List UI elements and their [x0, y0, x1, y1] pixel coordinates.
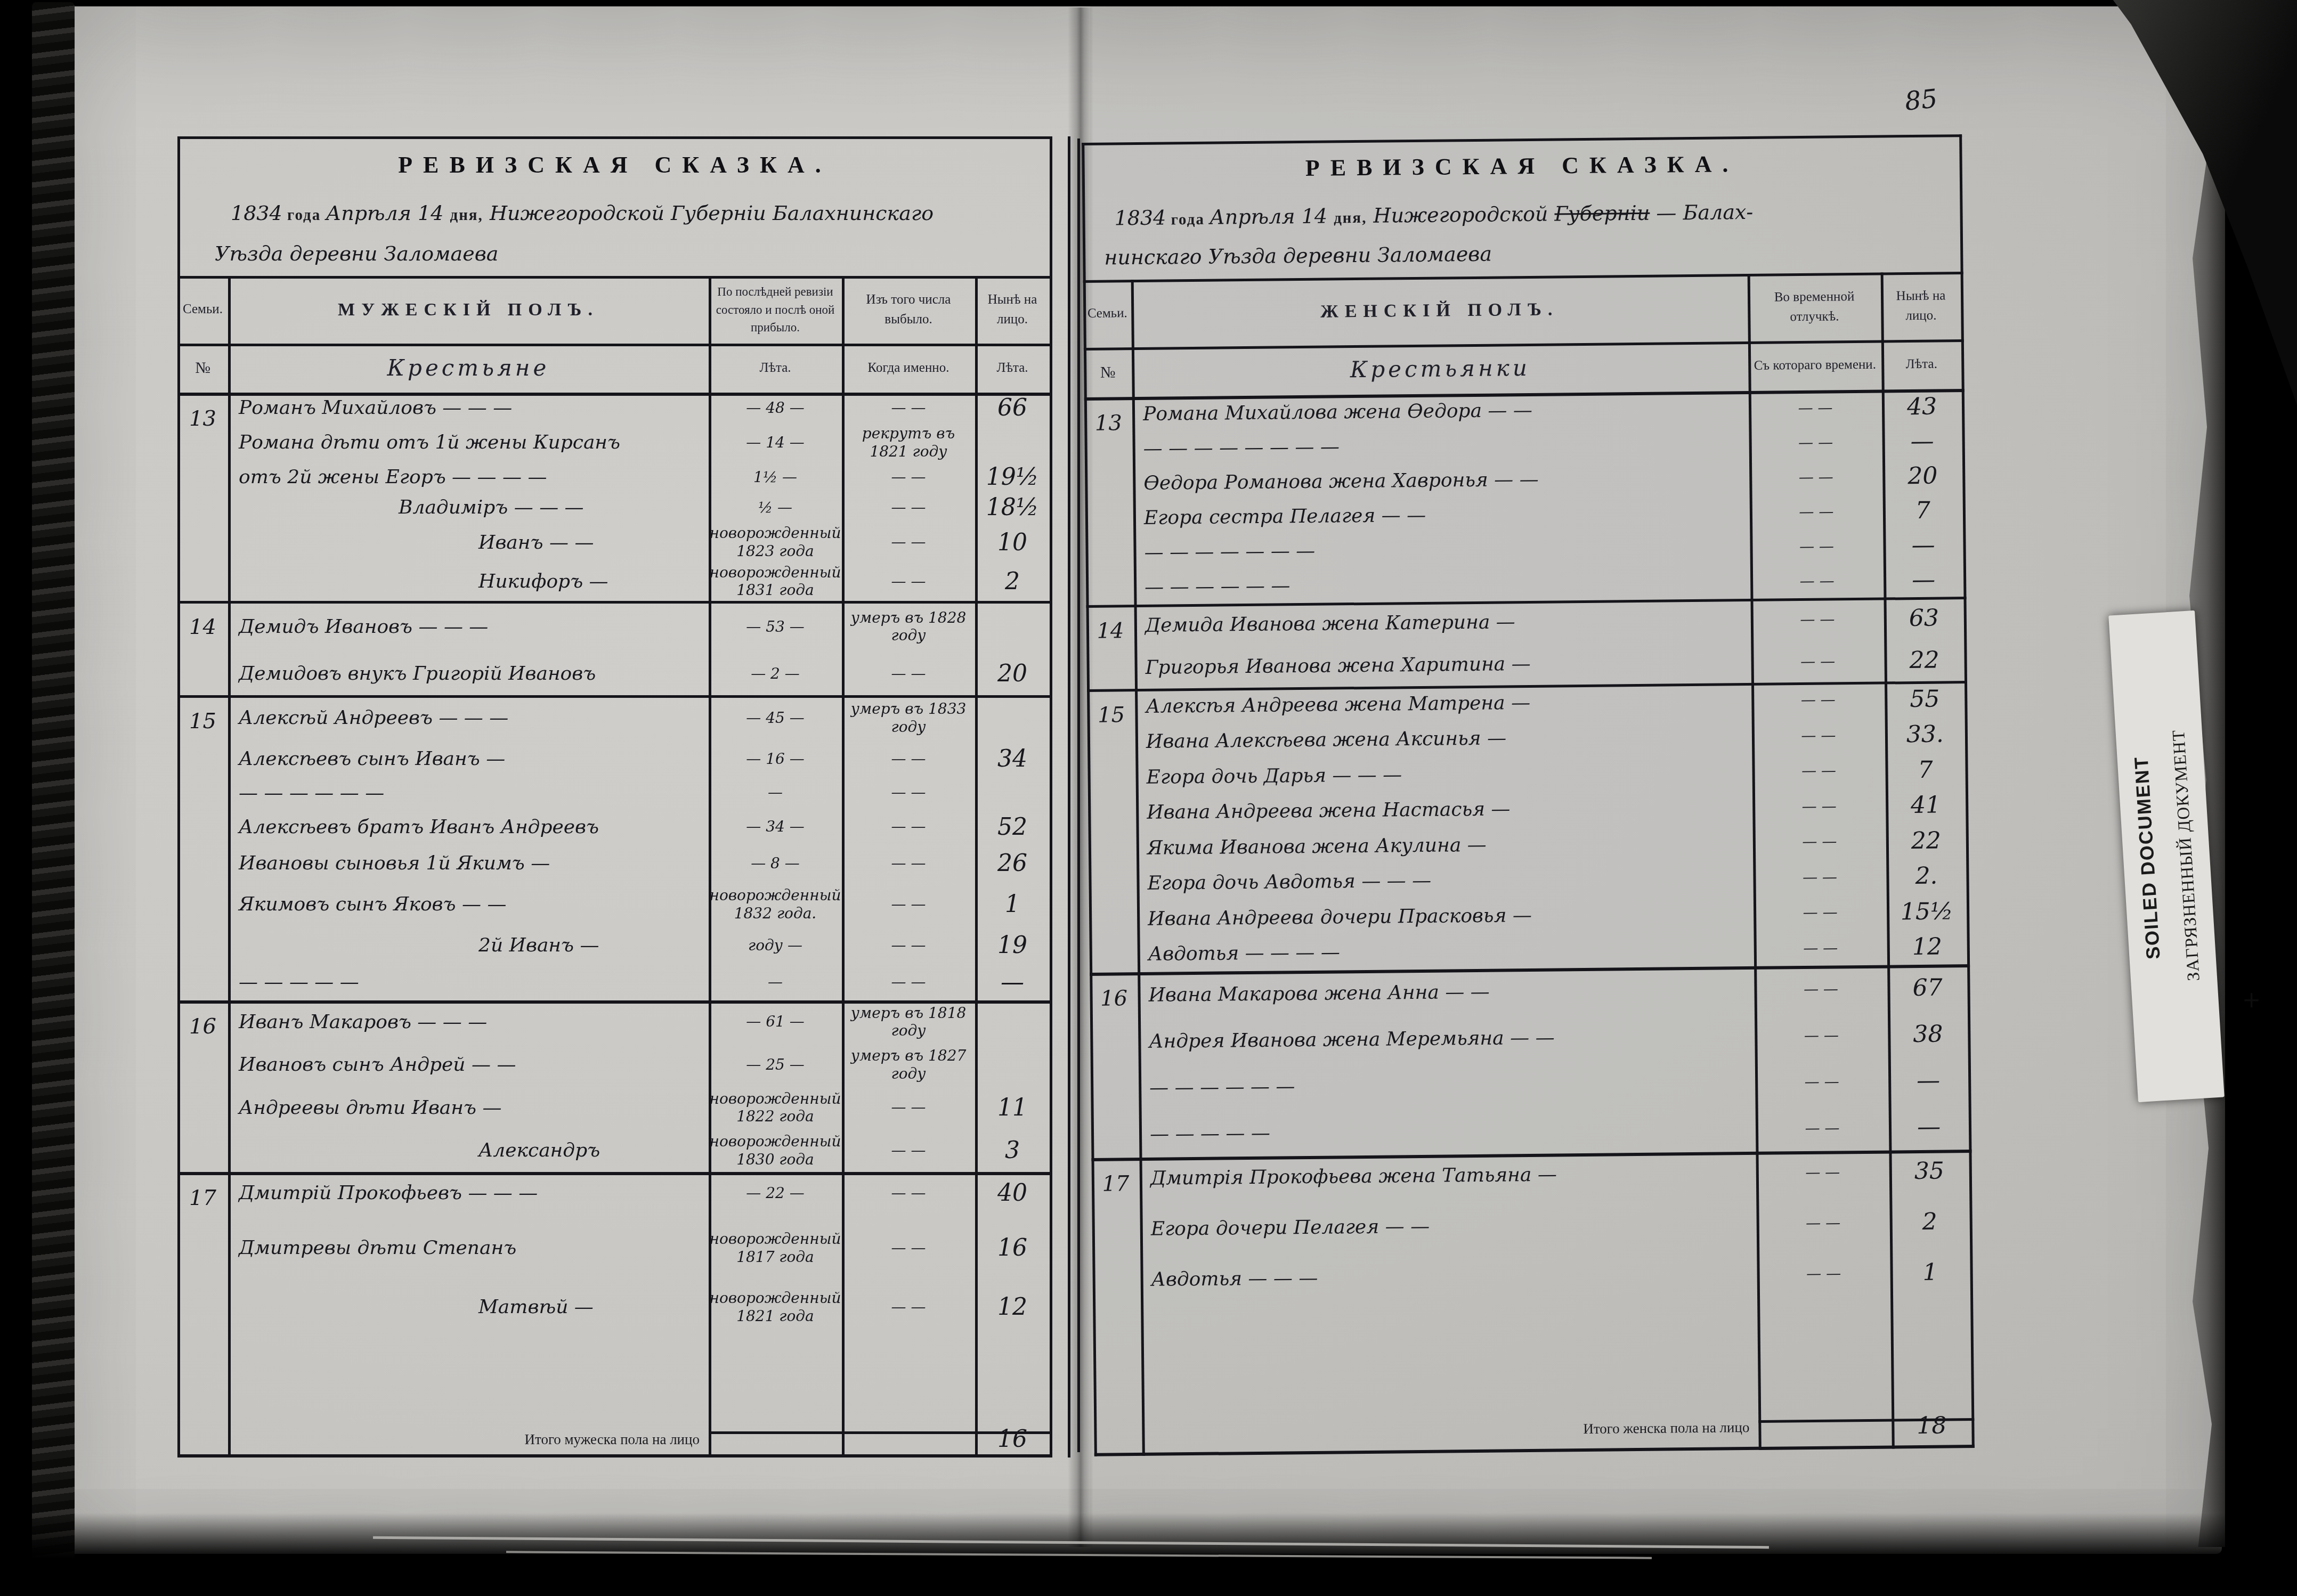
person-name-cell: Демидовъ внукъ Григорій Ивановъ	[228, 663, 709, 685]
age-last-revision-cell: — 14 —	[709, 434, 842, 452]
age-now-cell: 18½	[975, 494, 1050, 521]
row-lines: Дмитрія Прокофьева жена Татьяна —— —35Ег…	[1139, 1150, 1974, 1426]
age-last-revision-cell: — 2 —	[709, 665, 842, 683]
person-line: — — — — — — —— ——	[1133, 531, 1966, 566]
person-line: Ивана Алексѣева жена Аксинья —— —33.	[1135, 720, 1968, 755]
row-lines: Алексѣя Андреева жена Матрена —— —55Иван…	[1135, 681, 1970, 972]
age-last-revision-cell: новорожденный 1817 года	[709, 1230, 842, 1266]
age-last-revision-cell: — 34 —	[709, 818, 842, 836]
person-name-cell: Ивановы сыновья 1й Якимъ —	[228, 852, 709, 874]
header-number: №	[177, 344, 228, 393]
departure-cell: — —	[842, 750, 975, 768]
absence-cell: — —	[1749, 433, 1882, 452]
departure-cell: умеръ въ 1818 году	[842, 1004, 975, 1040]
person-line: Ивановъ сынъ Андрей — —— 25 —умеръ въ 18…	[228, 1047, 1052, 1082]
person-name-cell: Романъ Михайловъ — — —	[228, 397, 709, 419]
age-now-cell: 26	[975, 850, 1050, 877]
plus-mark: +	[2242, 987, 2261, 1013]
subtitle-segment: нинскаго Уѣзда деревни Заломаева	[1104, 242, 1492, 270]
person-line: Дмитревы дѣти Степанъноворожденный 1817 …	[228, 1230, 1052, 1266]
header-family: Семьи.	[1083, 280, 1132, 348]
age-last-revision-cell: —	[709, 784, 842, 802]
age-last-revision-cell: новорожденный 1831 года	[709, 564, 842, 599]
age-last-revision-cell: 1½ —	[709, 468, 842, 486]
age-now-cell: 22	[1884, 646, 1964, 674]
age-now-cell: 33.	[1885, 720, 1965, 748]
person-line: Ивана Андреева дочери Прасковья —— —15½	[1137, 898, 1969, 933]
person-line: Владиміръ — — —½ —— —18½	[228, 494, 1052, 521]
right-page-subtitle-line2: нинскаго Уѣзда деревни Заломаева	[1104, 242, 1492, 270]
absence-cell: — —	[1754, 903, 1887, 922]
male-total-label: Итого мужеска пола на лицо	[348, 1431, 700, 1448]
age-last-revision-cell: —	[709, 973, 842, 991]
person-name-cell: — — — — — — — —	[1133, 432, 1749, 460]
absence-cell: — —	[1751, 609, 1884, 629]
person-name-cell: — — — — — — —	[1133, 536, 1750, 564]
departure-cell: — —	[842, 818, 975, 836]
age-last-revision-cell: ½ —	[709, 499, 842, 517]
departure-cell: — —	[842, 937, 975, 955]
age-last-revision-cell: — 45 —	[709, 709, 842, 727]
person-line: — — — — — —— ——	[1134, 566, 1966, 601]
header-now-present: Нынѣ на лицо.	[975, 276, 1050, 344]
left-page-subtitle-line2: Уѣзда деревни Заломаева	[215, 242, 498, 265]
person-line: 2й Иванъ —году —— —19	[228, 932, 1052, 959]
family-number: 15	[1087, 689, 1138, 973]
age-now-cell: 1	[975, 891, 1050, 918]
person-line: Якима Иванова жена Акулина —— —22	[1137, 827, 1969, 862]
header-family: Семьи.	[177, 276, 228, 344]
person-name-cell: — — — — —	[228, 971, 709, 993]
table-row: 15Алексѣя Андреева жена Матрена —— —55Ив…	[1087, 681, 1970, 973]
person-name-cell: Авдотья — — — —	[1138, 938, 1754, 965]
person-line: Алексѣевъ братъ Иванъ Андреевъ— 34 —— —5…	[228, 813, 1052, 841]
person-name-cell: Якимовъ сынъ Яковъ — —	[228, 893, 709, 915]
person-name-cell: Иванъ Макаровъ — — —	[228, 1011, 709, 1033]
absence-cell: — —	[1750, 571, 1884, 590]
person-name-cell: Дмитревы дѣти Степанъ	[228, 1237, 709, 1259]
right-page-subtitle-line1: 1834 года Апрѣля 14 дня, Нижегородской Г…	[1114, 200, 1753, 230]
person-name-cell: отъ 2й жены Егоръ — — — —	[228, 466, 709, 488]
table-border	[177, 1454, 1052, 1457]
person-name-cell: Дмитрій Прокофьевъ — — —	[228, 1182, 709, 1204]
age-now-cell: —	[975, 968, 1050, 996]
subtitle-segment: дня,	[450, 207, 483, 224]
person-line: Алексѣевъ сынъ Иванъ —— 16 —— —34	[228, 745, 1052, 772]
age-now-cell: 1	[1890, 1258, 1970, 1286]
person-line: Андрея Иванова жена Меремьяна — —— —38	[1138, 1020, 1970, 1055]
person-line: Ивана Андреева жена Настасья —— —41	[1136, 791, 1968, 826]
family-number: 16	[177, 1000, 228, 1172]
person-line: — — — — — — — —— ——	[1132, 427, 1965, 462]
departure-cell: — —	[842, 499, 975, 517]
person-line: отъ 2й жены Егоръ — — — —1½ —— —19½	[228, 463, 1052, 491]
person-name-cell: Демида Иванова жена Катерина —	[1134, 609, 1751, 637]
departure-cell: — —	[842, 895, 975, 914]
person-name-cell: Егора дочь Авдотья — — —	[1137, 867, 1753, 894]
absence-cell: — —	[1750, 502, 1883, 521]
subtitle-segment: 1834	[1114, 206, 1166, 230]
departure-cell: — —	[842, 1184, 975, 1202]
family-number: 13	[1084, 397, 1134, 605]
person-line: Никифоръ —новорожденный 1831 года— —2	[228, 564, 1052, 599]
person-line: Егора сестра Пелагея — —— —7	[1133, 496, 1966, 532]
header-female-sex: ЖЕНСКІЙ ПОЛЪ.	[1131, 274, 1748, 347]
age-now-cell: 66	[975, 394, 1050, 421]
person-name-cell: Егора дочь Дарья — — —	[1135, 761, 1752, 788]
departure-cell: — —	[842, 1239, 975, 1257]
table-outer-double-line	[1068, 136, 1070, 1457]
person-line: Иванъ — —новорожденный 1823 года— —10	[228, 524, 1052, 560]
row-lines: Демида Иванова жена Катерина —— —63Григо…	[1134, 597, 1967, 689]
subtitle-segment: года	[282, 207, 326, 224]
table-row: 14Демидъ Ивановъ — — —— 53 —умеръ въ 182…	[177, 601, 1052, 695]
family-number: 15	[177, 695, 228, 1000]
person-line: Егора дочь Дарья — — —— —7	[1135, 756, 1968, 791]
table-row: 17Дмитрія Прокофьева жена Татьяна —— —35…	[1091, 1150, 1974, 1427]
subtitle-segment: Апрѣля 14	[326, 201, 450, 225]
person-name-cell: Григорья Иванова жена Харитина —	[1134, 651, 1751, 679]
table-row: 16Иванъ Макаровъ — — —— 61 —умеръ въ 181…	[177, 1000, 1052, 1172]
family-number: 14	[1086, 605, 1135, 689]
age-now-cell: 7	[1883, 496, 1963, 524]
person-line: Алексѣй Андреевъ — — —— 45 —умеръ въ 183…	[228, 700, 1052, 736]
male-total-value: 16	[975, 1426, 1050, 1453]
absence-cell: — —	[1750, 536, 1883, 556]
person-name-cell: Никифоръ —	[228, 571, 709, 592]
subtitle-segment: Нижегородской Губерніи Балахнинскаго	[483, 201, 934, 225]
header-years-now: Лѣта.	[1881, 339, 1962, 389]
header-peasants: Крестьяне	[228, 344, 709, 393]
person-name-cell: Дмитрія Прокофьева жена Татьяна —	[1140, 1162, 1756, 1190]
person-name-cell: Иванъ — —	[228, 532, 709, 553]
person-line: Егора дочь Авдотья — — —— —2.	[1137, 862, 1969, 897]
age-now-cell: 15½	[1887, 898, 1967, 925]
age-now-cell: 22	[1886, 827, 1966, 854]
age-now-cell: 3	[975, 1137, 1050, 1164]
person-name-cell: — — — — —	[1139, 1118, 1756, 1145]
subtitle-segment: дня,	[1334, 209, 1367, 227]
row-lines: Иванъ Макаровъ — — —— 61 —умеръ въ 1818 …	[228, 1000, 1052, 1172]
right-page-title: РЕВИЗСКАЯ СКАЗКА.	[1082, 148, 1962, 184]
header-years-now: Лѣта.	[975, 344, 1050, 393]
absence-cell: — —	[1752, 797, 1886, 816]
row-lines: Романъ Михайловъ — — —— 48 —— —66Романа …	[228, 393, 1052, 601]
header-number: №	[1084, 347, 1132, 397]
absence-cell: — —	[1757, 1213, 1890, 1232]
age-now-cell: 10	[975, 529, 1050, 556]
table-row: 17Дмитрій Прокофьевъ — — —— 22 —— —40Дми…	[177, 1172, 1052, 1431]
person-line: Романа Михайлова жена Ѳедора — —— —43	[1132, 393, 1965, 428]
person-name-cell: Егора сестра Пелагея — —	[1133, 501, 1750, 529]
absence-cell: — —	[1751, 690, 1885, 710]
person-name-cell: Ивана Андреева дочери Прасковья —	[1137, 902, 1754, 930]
row-lines: Дмитрій Прокофьевъ — — —— 22 —— —40Дмитр…	[228, 1172, 1052, 1431]
table-row: 15Алексѣй Андреевъ — — —— 45 —умеръ въ 1…	[177, 695, 1052, 1000]
age-now-cell: 12	[1887, 933, 1967, 960]
subtitle-segment: Апрѣля 14	[1210, 204, 1334, 229]
age-last-revision-cell: новорожденный 1823 года	[709, 524, 842, 560]
person-name-cell: Ивана Алексѣева жена Аксинья —	[1135, 725, 1752, 753]
person-line: — — — — ——— ——	[228, 968, 1052, 996]
book-left-torn-edge	[32, 2, 75, 1587]
person-line: Дмитрій Прокофьевъ — — —— 22 —— —40	[228, 1179, 1052, 1207]
subtitle-segment: Уѣзда деревни Заломаева	[215, 242, 498, 265]
person-line: Егора дочери Пелагея — —— —2	[1140, 1208, 1973, 1243]
age-last-revision-cell: — 8 —	[709, 854, 842, 873]
person-name-cell: Алексѣй Андреевъ — — —	[228, 707, 709, 729]
age-last-revision-cell: новорожденный 1821 года	[709, 1289, 842, 1325]
header-temporary-absence: Во временной отлучкѣ.	[1748, 273, 1881, 341]
person-name-cell: Романа дѣти отъ 1й жены Кирсанъ	[228, 431, 709, 453]
age-now-cell: —	[1882, 427, 1962, 455]
table-row: 13Романъ Михайловъ — — —— 48 —— —66Роман…	[177, 393, 1052, 601]
person-line: — — — — — ——— —	[228, 782, 1052, 804]
person-name-cell: Матвѣй —	[228, 1296, 709, 1318]
person-line: Матвѣй —новорожденный 1821 года— —12	[228, 1289, 1052, 1325]
person-name-cell: Якима Иванова жена Акулина —	[1137, 832, 1753, 859]
female-rows: 13Романа Михайлова жена Ѳедора — —— —43—…	[1084, 389, 1974, 1427]
absence-cell: — —	[1751, 652, 1884, 671]
person-name-cell: Ивана Андреева жена Настасья —	[1136, 796, 1752, 824]
absence-cell: — —	[1749, 398, 1882, 417]
person-name-cell: 2й Иванъ —	[228, 934, 709, 956]
person-line: Дмитрія Прокофьева жена Татьяна —— —35	[1140, 1157, 1972, 1192]
age-last-revision-cell: — 53 —	[709, 618, 842, 636]
absence-cell: — —	[1753, 868, 1886, 887]
person-name-cell: Романа Михайлова жена Ѳедора — —	[1132, 397, 1749, 425]
departure-cell: — —	[842, 784, 975, 802]
person-name-cell: Андрея Иванова жена Меремьяна — —	[1138, 1025, 1755, 1053]
table-row: 16Ивана Макарова жена Анна — —— —67Андре…	[1090, 964, 1971, 1158]
person-line: Авдотья — — —— —1	[1140, 1258, 1973, 1293]
departure-cell: умеръ въ 1833 году	[842, 700, 975, 736]
person-line: Александръноворожденный 1830 года— —3	[228, 1133, 1052, 1168]
person-name-cell: Ивана Макарова жена Анна — —	[1138, 979, 1754, 1006]
person-line: Андреевы дѣти Иванъ —новорожденный 1822 …	[228, 1090, 1052, 1126]
subtitle-segment: Нижегородской	[1367, 202, 1555, 227]
person-line: Ивановы сыновья 1й Якимъ —— 8 —— —26	[228, 850, 1052, 877]
age-now-cell: 40	[975, 1179, 1050, 1207]
absence-cell: — —	[1752, 761, 1885, 780]
age-last-revision-cell: новорожденный 1830 года	[709, 1133, 842, 1168]
person-line: Иванъ Макаровъ — — —— 61 —умеръ въ 1818 …	[228, 1004, 1052, 1040]
family-number: 17	[1091, 1158, 1142, 1427]
person-name-cell: Алексѣя Андреева жена Матрена —	[1135, 690, 1751, 718]
table-row: 13Романа Михайлова жена Ѳедора — —— —43—…	[1084, 389, 1967, 605]
left-page-table: РЕВИЗСКАЯ СКАЗКА. 1834 года Апрѣля 14 дн…	[177, 136, 1052, 1457]
person-name-cell: Андреевы дѣти Иванъ —	[228, 1097, 709, 1119]
age-now-cell: 35	[1889, 1157, 1969, 1185]
row-lines: Алексѣй Андреевъ — — —— 45 —умеръ въ 183…	[228, 695, 1052, 1000]
age-last-revision-cell: — 16 —	[709, 750, 842, 768]
person-name-cell: — — — — — —	[1139, 1071, 1755, 1099]
person-line: Григорья Иванова жена Харитина —— —22	[1134, 646, 1967, 681]
person-name-cell: Ивановъ сынъ Андрей — —	[228, 1054, 709, 1076]
age-now-cell: —	[1889, 1113, 1969, 1141]
family-number: 13	[177, 393, 228, 601]
family-number: 16	[1090, 972, 1139, 1158]
absence-cell: — —	[1749, 467, 1882, 486]
age-now-cell: 19½	[975, 463, 1050, 491]
departure-cell: — —	[842, 533, 975, 551]
person-line: Якимовъ сынъ Яковъ — —новорожденный 1832…	[228, 886, 1052, 922]
subtitle-segment: — Балах-	[1650, 200, 1753, 225]
row-lines: Романа Михайлова жена Ѳедора — —— —43— —…	[1132, 389, 1967, 605]
age-now-cell: 38	[1888, 1020, 1968, 1048]
scanned-book-photo: РЕВИЗСКАЯ СКАЗКА. 1834 года Апрѣля 14 дн…	[0, 0, 2297, 1596]
age-now-cell: 34	[975, 745, 1050, 772]
person-line: Романъ Михайловъ — — —— 48 —— —66	[228, 394, 1052, 421]
person-name-cell: Авдотья — — —	[1141, 1263, 1757, 1291]
age-now-cell: 43	[1882, 393, 1962, 420]
person-name-cell: Алексѣевъ сынъ Иванъ —	[228, 748, 709, 770]
header-last-revision: По послѣдней ревизіи состояло и послѣ он…	[709, 276, 842, 344]
age-now-cell: 55	[1885, 685, 1965, 713]
age-now-cell: 19	[975, 932, 1050, 959]
subtitle-segment: 1834	[231, 201, 282, 225]
age-last-revision-cell: — 25 —	[709, 1056, 842, 1074]
person-line: Ѳедора Романова жена Хавронья — —— —20	[1133, 462, 1965, 497]
table-border	[177, 136, 1052, 139]
person-line: Демида Иванова жена Катерина —— —63	[1134, 604, 1967, 639]
departure-cell: — —	[842, 1142, 975, 1160]
departure-cell: — —	[842, 854, 975, 873]
person-line: Демидъ Ивановъ — — —— 53 —умеръ въ 1828 …	[228, 609, 1052, 645]
absence-cell: — —	[1754, 938, 1887, 957]
age-last-revision-cell: году —	[709, 937, 842, 955]
header-departed: Изъ того числа выбыло.	[842, 276, 975, 344]
person-line: Авдотья — — — —— —12	[1138, 933, 1970, 968]
subtitle-segment: Губерніи	[1554, 201, 1650, 226]
age-now-cell: 11	[975, 1094, 1050, 1121]
departure-cell: — —	[842, 665, 975, 683]
subtitle-segment: года	[1166, 211, 1210, 229]
absence-cell: — —	[1754, 979, 1887, 998]
age-last-revision-cell: новорожденный 1832 года.	[709, 886, 842, 922]
person-name-cell: Демидъ Ивановъ — — —	[228, 616, 709, 638]
age-last-revision-cell: — 61 —	[709, 1013, 842, 1031]
age-now-cell: 67	[1887, 974, 1967, 1001]
departure-cell: — —	[842, 1098, 975, 1117]
person-name-cell: Александръ	[228, 1139, 709, 1161]
person-line: — — — — — —— ——	[1139, 1066, 1971, 1102]
family-number: 17	[177, 1172, 228, 1431]
person-line: Романа дѣти отъ 1й жены Кирсанъ— 14 —рек…	[228, 425, 1052, 460]
person-line: Демидовъ внукъ Григорій Ивановъ— 2 —— —2…	[228, 660, 1052, 687]
age-now-cell: 41	[1886, 791, 1966, 819]
person-line: Алексѣя Андреева жена Матрена —— —55	[1135, 685, 1967, 720]
header-since-when: Съ котораго времени.	[1748, 340, 1882, 391]
age-now-cell: 63	[1884, 604, 1964, 632]
row-lines: Ивана Макарова жена Анна — —— —67Андрея …	[1138, 964, 1971, 1158]
absence-cell: — —	[1756, 1162, 1889, 1182]
person-name-cell: Ѳедора Романова жена Хавронья — —	[1133, 467, 1749, 494]
absence-cell: — —	[1753, 832, 1886, 851]
female-total-value: 18	[1892, 1412, 1971, 1439]
row-lines: Демидъ Ивановъ — — —— 53 —умеръ въ 1828 …	[228, 601, 1052, 695]
page-number: 85	[1903, 84, 1939, 117]
person-name-cell: — — — — — —	[1134, 571, 1750, 598]
table-outer-double-line	[1077, 139, 1080, 1452]
absence-cell: — —	[1755, 1072, 1888, 1091]
departure-cell: — —	[842, 1298, 975, 1316]
departure-cell: — —	[842, 468, 975, 486]
departure-cell: умеръ въ 1828 году	[842, 609, 975, 645]
header-peasant-women: Крестьянки	[1132, 341, 1749, 397]
absence-cell: — —	[1756, 1118, 1889, 1137]
person-name-cell: Егора дочери Пелагея — —	[1140, 1212, 1757, 1240]
departure-cell: — —	[842, 973, 975, 991]
age-now-cell: 20	[1882, 462, 1962, 490]
female-total-label: Итого женска пола на лицо	[1435, 1419, 1749, 1439]
header-when-exactly: Когда именно.	[842, 344, 975, 393]
age-now-cell: 2.	[1886, 862, 1966, 890]
absence-cell: — —	[1752, 726, 1885, 745]
departure-cell: умеръ въ 1827 году	[842, 1047, 975, 1082]
age-last-revision-cell: — 22 —	[709, 1184, 842, 1202]
header-male-sex: МУЖЕСКІЙ ПОЛЪ.	[228, 276, 709, 344]
header-now-present: Нынѣ на лицо.	[1881, 272, 1961, 340]
age-now-cell: 2	[1889, 1208, 1969, 1235]
age-now-cell: 7	[1885, 756, 1965, 784]
departure-cell: — —	[842, 573, 975, 591]
left-page-title: РЕВИЗСКАЯ СКАЗКА.	[177, 151, 1052, 178]
age-now-cell: —	[1888, 1066, 1968, 1094]
person-name-cell: Владиміръ — — —	[228, 496, 709, 518]
age-now-cell: 16	[975, 1234, 1050, 1261]
person-name-cell: — — — — — —	[228, 782, 709, 804]
absence-cell: — —	[1755, 1025, 1888, 1045]
male-rows: 13Романъ Михайловъ — — —— 48 —— —66Роман…	[177, 393, 1052, 1431]
age-last-revision-cell: новорожденный 1822 года	[709, 1090, 842, 1126]
age-now-cell: —	[1883, 531, 1963, 559]
person-line: Ивана Макарова жена Анна — —— —67	[1138, 974, 1970, 1009]
left-page-subtitle-line1: 1834 года Апрѣля 14 дня, Нижегородской Г…	[231, 201, 934, 225]
table-row: 14Демида Иванова жена Катерина —— —63Гри…	[1086, 597, 1967, 689]
departure-cell: — —	[842, 399, 975, 417]
departure-cell: рекрутъ въ 1821 году	[842, 425, 975, 460]
age-now-cell: 20	[975, 660, 1050, 687]
age-now-cell: 2	[975, 568, 1050, 595]
age-now-cell: 12	[975, 1293, 1050, 1321]
age-now-cell: —	[1884, 566, 1963, 593]
header-years-prev: Лѣта.	[709, 344, 842, 393]
person-name-cell: Алексѣевъ братъ Иванъ Андреевъ	[228, 816, 709, 838]
family-number: 14	[177, 601, 228, 695]
age-now-cell: 52	[975, 813, 1050, 841]
person-line: — — — — —— ——	[1139, 1113, 1971, 1148]
right-page-table: РЕВИЗСКАЯ СКАЗКА. 1834 года Апрѣля 14 дн…	[1082, 134, 1975, 1456]
absence-cell: — —	[1757, 1264, 1890, 1283]
age-last-revision-cell: — 48 —	[709, 399, 842, 417]
